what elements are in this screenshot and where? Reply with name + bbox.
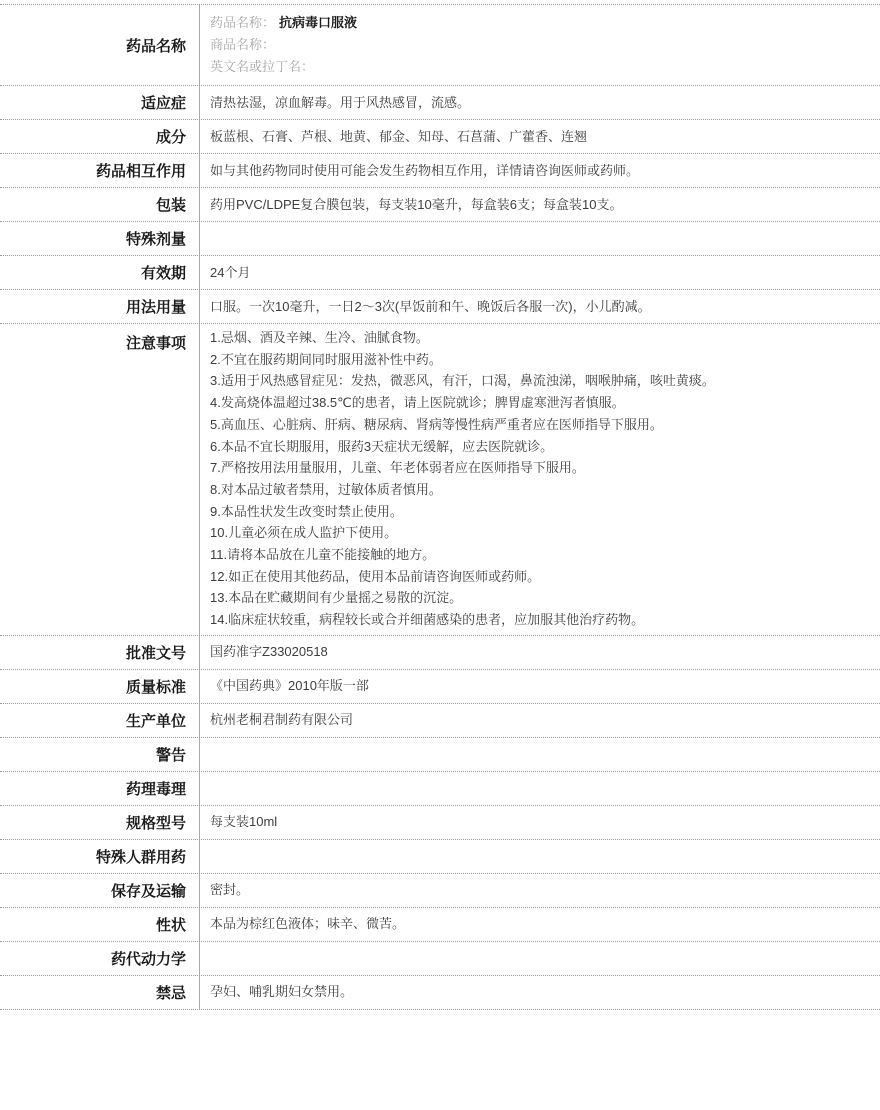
row-label: 生产单位 (0, 704, 200, 737)
table-row-pharmacokinetics: 药代动力学 (0, 942, 880, 976)
precaution-item: 5.高血压、心脏病、肝病、糖尿病、肾病等慢性病严重者应在医师指导下服用。 (210, 414, 663, 436)
drug-name-field: 药品名称：抗病毒口服液 (210, 12, 357, 34)
row-content: 每支装10ml (200, 806, 880, 839)
table-row-special-population: 特殊人群用药 (0, 840, 880, 874)
row-label: 药品名称 (0, 5, 200, 85)
row-label: 质量标准 (0, 670, 200, 703)
precaution-item: 10.儿童必须在成人监护下使用。 (210, 522, 397, 544)
table-row-approval-number: 批准文号 国药准字Z33020518 (0, 636, 880, 670)
row-label: 有效期 (0, 256, 200, 289)
precaution-item: 7.严格按用法用量服用，儿童、年老体弱者应在医师指导下服用。 (210, 457, 585, 479)
row-label: 注意事项 (0, 324, 200, 635)
row-content: 1.忌烟、酒及辛辣、生冷、油腻食物。 2.不宜在服药期间同时服用滋补性中药。 3… (200, 324, 880, 635)
row-content: 清热祛湿，凉血解毒。用于风热感冒，流感。 (200, 86, 880, 119)
table-row-precautions: 注意事项 1.忌烟、酒及辛辣、生冷、油腻食物。 2.不宜在服药期间同时服用滋补性… (0, 324, 880, 636)
row-label: 特殊剂量 (0, 222, 200, 255)
table-row-pharmacology: 药理毒理 (0, 772, 880, 806)
precaution-item: 4.发高烧体温超过38.5℃的患者，请上医院就诊；脾胃虚寒泄泻者慎服。 (210, 392, 625, 414)
row-content: 杭州老桐君制药有限公司 (200, 704, 880, 737)
field-key: 商品名称： (210, 37, 275, 52)
row-label: 药品相互作用 (0, 154, 200, 187)
precaution-item: 2.不宜在服药期间同时服用滋补性中药。 (210, 349, 442, 371)
precaution-item: 13.本品在贮藏期间有少量摇之易散的沉淀。 (210, 587, 462, 609)
precaution-item: 12.如正在使用其他药品，使用本品前请咨询医师或药师。 (210, 566, 540, 588)
row-content: 国药准字Z33020518 (200, 636, 880, 669)
table-row-indications: 适应症 清热祛湿，凉血解毒。用于风热感冒，流感。 (0, 86, 880, 120)
table-row-contraindications: 禁忌 孕妇、哺乳期妇女禁用。 (0, 976, 880, 1010)
row-label: 性状 (0, 908, 200, 941)
precaution-item: 11.请将本品放在儿童不能接触的地方。 (210, 544, 435, 566)
row-content: 本品为棕红色液体；味辛、微苦。 (200, 908, 880, 941)
row-content (200, 772, 880, 805)
precaution-item: 14.临床症状较重，病程较长或合并细菌感染的患者，应加服其他治疗药物。 (210, 609, 644, 631)
row-content: 药用PVC/LDPE复合膜包装，每支装10毫升，每盒装6支；每盒装10支。 (200, 188, 880, 221)
table-row-dosage: 用法用量 口服。一次10毫升，一日2～3次(早饭前和午、晚饭后各服一次)，小儿酌… (0, 290, 880, 324)
row-content: 孕妇、哺乳期妇女禁用。 (200, 976, 880, 1009)
table-row-packaging: 包装 药用PVC/LDPE复合膜包装，每支装10毫升，每盒装6支；每盒装10支。 (0, 188, 880, 222)
row-label: 药理毒理 (0, 772, 200, 805)
row-label: 禁忌 (0, 976, 200, 1009)
row-label: 特殊人群用药 (0, 840, 200, 873)
precaution-item: 8.对本品过敏者禁用，过敏体质者慎用。 (210, 479, 442, 501)
field-value: 抗病毒口服液 (279, 15, 357, 30)
field-key: 药品名称： (210, 15, 275, 30)
row-label: 成分 (0, 120, 200, 153)
table-row-description: 性状 本品为棕红色液体；味辛、微苦。 (0, 908, 880, 942)
table-row-interactions: 药品相互作用 如与其他药物同时使用可能会发生药物相互作用，详情请咨询医师或药师。 (0, 154, 880, 188)
row-label: 规格型号 (0, 806, 200, 839)
table-row-storage: 保存及运输 密封。 (0, 874, 880, 908)
row-content (200, 840, 880, 873)
precaution-item: 3.适用于风热感冒症见：发热，微恶风，有汗，口渴，鼻流浊涕，咽喉肿痛，咳吐黄痰。 (210, 370, 715, 392)
drug-info-table: 药品名称 药品名称：抗病毒口服液 商品名称： 英文名或拉丁名： 适应症 清热祛湿… (0, 4, 880, 1010)
table-row-shelf-life: 有效期 24个月 (0, 256, 880, 290)
latin-name-field: 英文名或拉丁名： (210, 56, 318, 78)
row-content (200, 942, 880, 975)
precaution-item: 6.本品不宜长期服用，服药3天症状无缓解，应去医院就诊。 (210, 436, 553, 458)
row-content (200, 738, 880, 771)
field-key: 英文名或拉丁名： (210, 59, 314, 74)
row-content: 板蓝根、石膏、芦根、地黄、郁金、知母、石菖蒲、广藿香、连翘 (200, 120, 880, 153)
row-content: 如与其他药物同时使用可能会发生药物相互作用，详情请咨询医师或药师。 (200, 154, 880, 187)
table-row-manufacturer: 生产单位 杭州老桐君制药有限公司 (0, 704, 880, 738)
row-content: 24个月 (200, 256, 880, 289)
row-content: 药品名称：抗病毒口服液 商品名称： 英文名或拉丁名： (200, 5, 880, 85)
table-row-quality-standard: 质量标准 《中国药典》2010年版一部 (0, 670, 880, 704)
precaution-item: 1.忌烟、酒及辛辣、生冷、油腻食物。 (210, 327, 429, 349)
row-label: 用法用量 (0, 290, 200, 323)
precaution-item: 9.本品性状发生改变时禁止使用。 (210, 501, 403, 523)
row-content: 密封。 (200, 874, 880, 907)
drug-info-page: 药品名称 药品名称：抗病毒口服液 商品名称： 英文名或拉丁名： 适应症 清热祛湿… (0, 0, 880, 1110)
row-content: 《中国药典》2010年版一部 (200, 670, 880, 703)
row-label: 警告 (0, 738, 200, 771)
row-content (200, 222, 880, 255)
trade-name-field: 商品名称： (210, 34, 279, 56)
row-label: 包装 (0, 188, 200, 221)
table-row-specification: 规格型号 每支装10ml (0, 806, 880, 840)
row-label: 适应症 (0, 86, 200, 119)
row-label: 药代动力学 (0, 942, 200, 975)
table-row-ingredients: 成分 板蓝根、石膏、芦根、地黄、郁金、知母、石菖蒲、广藿香、连翘 (0, 120, 880, 154)
row-label: 批准文号 (0, 636, 200, 669)
row-content: 口服。一次10毫升，一日2～3次(早饭前和午、晚饭后各服一次)，小儿酌减。 (200, 290, 880, 323)
table-row-special-dosage: 特殊剂量 (0, 222, 880, 256)
table-row-warning: 警告 (0, 738, 880, 772)
table-row-drug-name: 药品名称 药品名称：抗病毒口服液 商品名称： 英文名或拉丁名： (0, 5, 880, 86)
row-label: 保存及运输 (0, 874, 200, 907)
